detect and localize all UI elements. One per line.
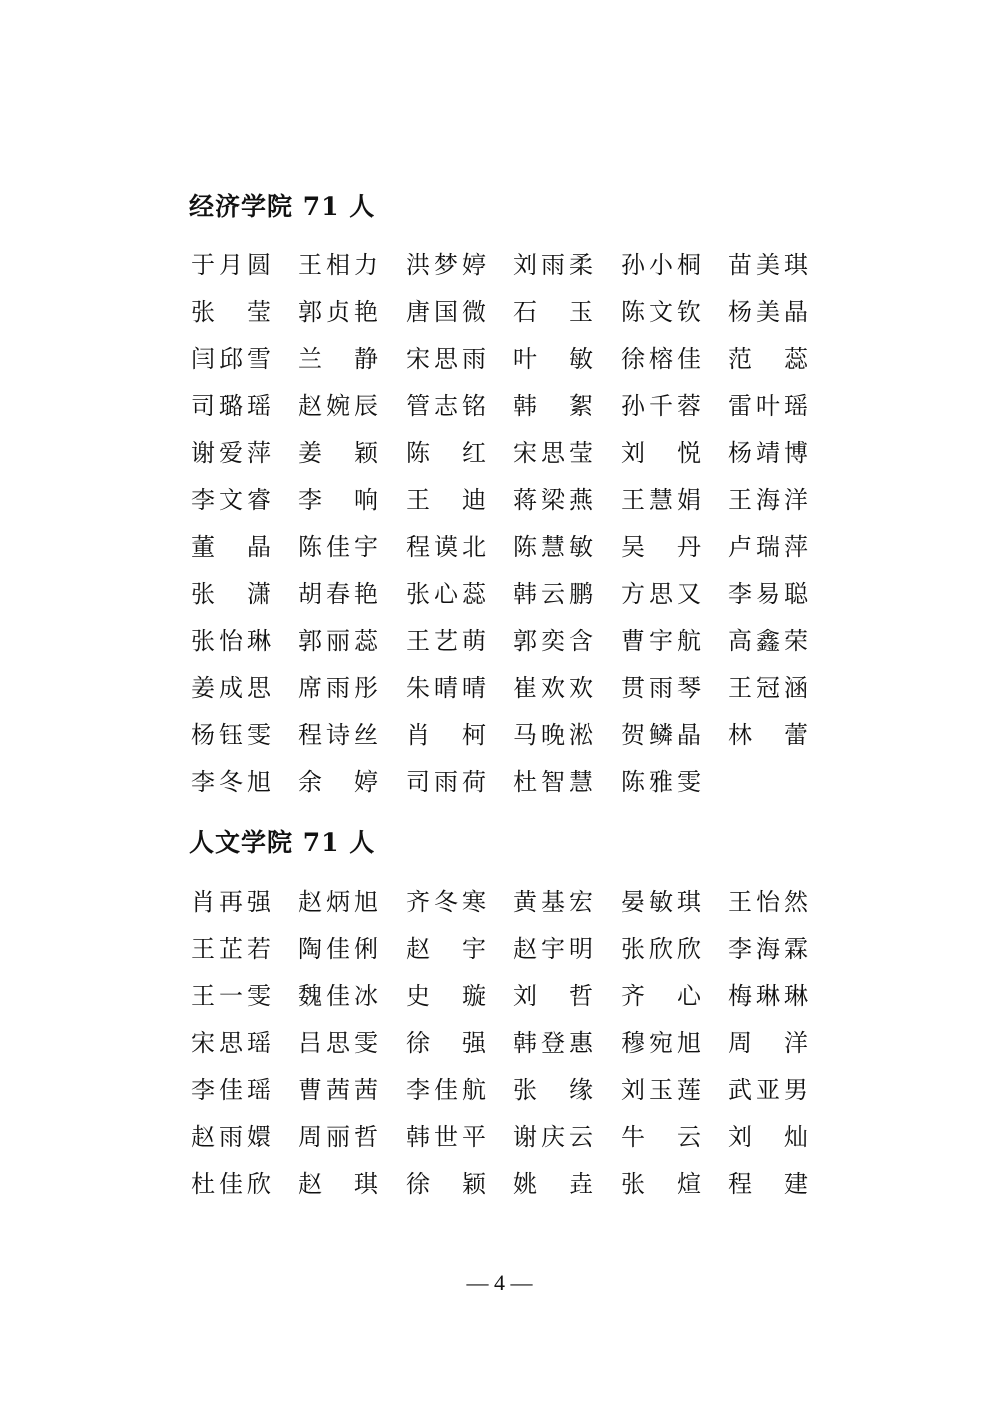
name-char: 宏: [567, 887, 595, 917]
name-list-humanities: 肖再强赵炳旭齐冬寒黄基宏晏敏琪王怡然王芷若陶佳俐赵宇赵宇明张欣欣李海霖王一雯魏佳…: [189, 887, 819, 1216]
name-char: 杨: [189, 720, 217, 750]
person-name: 黄基宏: [511, 887, 595, 917]
name-char: 周: [296, 1122, 324, 1152]
person-name: 李佳瑶: [189, 1075, 273, 1105]
document-page: 经济学院 71 人 于月圆王相力洪梦婷刘雨柔孙小桐苗美琪张莹郭贞艳唐国微石玉陈文…: [0, 0, 999, 1414]
person-name: 李冬旭: [189, 767, 273, 797]
name-char: 欣: [647, 934, 675, 964]
name-char: 哲: [352, 1122, 380, 1152]
name-char: 张: [404, 579, 432, 609]
name-row: 宋思瑶吕思雯徐强韩登惠穆宛旭周洋: [189, 1028, 819, 1075]
person-name: 姜成思: [189, 673, 273, 703]
name-char: 牛: [619, 1122, 647, 1152]
name-char: 刘: [511, 250, 539, 280]
name-row: 杜佳欣赵琪徐颖姚垚张煊程建: [189, 1169, 819, 1216]
name-char: 李: [189, 485, 217, 515]
name-char: 姜: [189, 673, 217, 703]
name-char: 高: [726, 626, 754, 656]
name-char: 奕: [539, 626, 567, 656]
name-char: 叶: [754, 391, 782, 421]
person-name: 刘悦: [619, 438, 703, 468]
name-char: 管: [404, 391, 432, 421]
person-name: 管志铭: [404, 391, 488, 421]
name-char: 敏: [567, 532, 595, 562]
person-name: 赵宇明: [511, 934, 595, 964]
name-char: 赵: [296, 391, 324, 421]
name-char: 陈: [619, 297, 647, 327]
name-char: 萍: [245, 438, 273, 468]
person-name: 杨靖博: [726, 438, 810, 468]
person-name: 陶佳俐: [296, 934, 380, 964]
name-char: 然: [782, 887, 810, 917]
name-char: 艳: [352, 579, 380, 609]
name-char: 胡: [296, 579, 324, 609]
name-char: 榕: [647, 344, 675, 374]
name-char: 方: [619, 579, 647, 609]
name-char: 杜: [511, 767, 539, 797]
name-char: 北: [460, 532, 488, 562]
name-row: 肖再强赵炳旭齐冬寒黄基宏晏敏琪王怡然: [189, 887, 819, 934]
person-name: 范蕊: [726, 344, 810, 374]
name-row: 闫邱雪兰静宋思雨叶敏徐榕佳范蕊: [189, 344, 819, 391]
name-char: 慧: [647, 485, 675, 515]
name-char: 又: [675, 579, 703, 609]
name-char: 欢: [567, 673, 595, 703]
name-char: 强: [460, 1028, 488, 1058]
name-char: 絮: [567, 391, 595, 421]
person-name: 李易聪: [726, 579, 810, 609]
name-char: 崔: [511, 673, 539, 703]
name-char: 茜: [352, 1075, 380, 1105]
name-char: 心: [432, 579, 460, 609]
name-char: 蒋: [511, 485, 539, 515]
name-char: 周: [726, 1028, 754, 1058]
name-char: 云: [675, 1122, 703, 1152]
name-char: 雪: [245, 344, 273, 374]
person-name: 张莹: [189, 297, 273, 327]
name-row: 于月圆王相力洪梦婷刘雨柔孙小桐苗美琪: [189, 250, 819, 297]
person-name: 洪梦婷: [404, 250, 488, 280]
name-char: 慧: [567, 767, 595, 797]
name-char: 莹: [567, 438, 595, 468]
name-char: 晶: [782, 297, 810, 327]
name-char: 航: [675, 626, 703, 656]
name-char: 红: [460, 438, 488, 468]
name-char: 雯: [245, 981, 273, 1011]
name-char: 齐: [404, 887, 432, 917]
person-name: 梅琳琳: [726, 981, 810, 1011]
person-name: 陈文钦: [619, 297, 703, 327]
person-name: 李佳航: [404, 1075, 488, 1105]
name-char: 思: [539, 438, 567, 468]
name-char: 石: [511, 297, 539, 327]
person-name: 韩云鹏: [511, 579, 595, 609]
name-char: 梁: [539, 485, 567, 515]
name-char: 张: [189, 297, 217, 327]
name-char: 欢: [539, 673, 567, 703]
name-char: 苗: [726, 250, 754, 280]
name-char: 力: [352, 250, 380, 280]
name-char: 于: [189, 250, 217, 280]
person-name: 石玉: [511, 297, 595, 327]
name-row: 赵雨嬛周丽哲韩世平谢庆云牛云刘灿: [189, 1122, 819, 1169]
person-name: 曹茜茜: [296, 1075, 380, 1105]
name-char: 平: [460, 1122, 488, 1152]
name-char: 俐: [352, 934, 380, 964]
name-char: 唐: [404, 297, 432, 327]
name-char: 思: [217, 1028, 245, 1058]
person-name: 吕思雯: [296, 1028, 380, 1058]
name-char: 杨: [726, 297, 754, 327]
name-char: 武: [726, 1075, 754, 1105]
name-char: 宋: [404, 344, 432, 374]
name-char: 司: [404, 767, 432, 797]
name-char: 赵: [404, 934, 432, 964]
name-char: 孙: [619, 250, 647, 280]
name-char: 冠: [754, 673, 782, 703]
name-char: 闫: [189, 344, 217, 374]
name-char: 徐: [404, 1169, 432, 1199]
person-name: 陈红: [404, 438, 488, 468]
person-name: 张缘: [511, 1075, 595, 1105]
person-name: 宋思瑶: [189, 1028, 273, 1058]
person-name: 肖柯: [404, 720, 488, 750]
person-name: 张潇: [189, 579, 273, 609]
name-char: 王: [404, 485, 432, 515]
person-name: 兰静: [296, 344, 380, 374]
name-char: 雨: [647, 673, 675, 703]
name-char: 宋: [511, 438, 539, 468]
person-name: 肖再强: [189, 887, 273, 917]
name-char: 柯: [460, 720, 488, 750]
person-name: 王芷若: [189, 934, 273, 964]
section-title-economics: 经济学院 71 人: [189, 192, 375, 222]
name-char: 洋: [782, 1028, 810, 1058]
name-char: 云: [567, 1122, 595, 1152]
person-name: 高鑫荣: [726, 626, 810, 656]
name-char: 黄: [511, 887, 539, 917]
name-char: 晶: [245, 532, 273, 562]
name-char: 赵: [296, 1169, 324, 1199]
person-name: 赵婉辰: [296, 391, 380, 421]
name-char: 丝: [352, 720, 380, 750]
person-name: 刘哲: [511, 981, 595, 1011]
name-char: 卢: [726, 532, 754, 562]
person-name: 张怡琳: [189, 626, 273, 656]
name-char: 张: [189, 626, 217, 656]
name-row: 张莹郭贞艳唐国微石玉陈文钦杨美晶: [189, 297, 819, 344]
name-char: 旭: [245, 767, 273, 797]
name-char: 静: [352, 344, 380, 374]
person-name: 司璐瑶: [189, 391, 273, 421]
name-char: 宇: [460, 934, 488, 964]
name-char: 雷: [726, 391, 754, 421]
person-name: 陈慧敏: [511, 532, 595, 562]
name-char: 兰: [296, 344, 324, 374]
name-char: 刘: [726, 1122, 754, 1152]
person-name: 王怡然: [726, 887, 810, 917]
person-name: 余婷: [296, 767, 380, 797]
name-char: 嬛: [245, 1122, 273, 1152]
name-char: 鳞: [647, 720, 675, 750]
name-char: 王: [296, 250, 324, 280]
name-char: 怡: [754, 887, 782, 917]
name-char: 王: [619, 485, 647, 515]
person-name: 王慧娟: [619, 485, 703, 515]
name-char: 旭: [352, 887, 380, 917]
name-char: 雯: [352, 1028, 380, 1058]
name-char: 雯: [675, 767, 703, 797]
name-char: 思: [647, 579, 675, 609]
name-char: 强: [245, 887, 273, 917]
name-char: 佳: [324, 981, 352, 1011]
name-char: 冬: [217, 767, 245, 797]
name-char: 晚: [539, 720, 567, 750]
name-char: 诗: [324, 720, 352, 750]
name-char: 雅: [647, 767, 675, 797]
name-char: 潇: [245, 579, 273, 609]
person-name: 杜佳欣: [189, 1169, 273, 1199]
name-char: 梅: [726, 981, 754, 1011]
person-name: 孙千蓉: [619, 391, 703, 421]
name-char: 艳: [352, 297, 380, 327]
name-char: 艺: [432, 626, 460, 656]
person-name: 谢爱萍: [189, 438, 273, 468]
name-char: 茜: [324, 1075, 352, 1105]
person-name: 崔欢欢: [511, 673, 595, 703]
name-char: 佳: [432, 1075, 460, 1105]
name-char: 霖: [782, 934, 810, 964]
name-char: 刘: [511, 981, 539, 1011]
name-char: 亚: [754, 1075, 782, 1105]
person-name: 李响: [296, 485, 380, 515]
name-char: 登: [539, 1028, 567, 1058]
person-name: 郭丽蕊: [296, 626, 380, 656]
name-char: 丽: [324, 1122, 352, 1152]
name-char: 荷: [460, 767, 488, 797]
name-char: 琳: [245, 626, 273, 656]
name-char: 曹: [619, 626, 647, 656]
name-char: 月: [217, 250, 245, 280]
name-char: 琪: [782, 250, 810, 280]
name-char: 若: [245, 934, 273, 964]
name-char: 玉: [567, 297, 595, 327]
name-row: 王一雯魏佳冰史璇刘哲齐心梅琳琳: [189, 981, 819, 1028]
name-char: 响: [352, 485, 380, 515]
person-name: 韩絮: [511, 391, 595, 421]
person-name: 杜智慧: [511, 767, 595, 797]
person-name: 曹宇航: [619, 626, 703, 656]
name-char: 含: [567, 626, 595, 656]
person-name: 武亚男: [726, 1075, 810, 1105]
person-name: 杨钰雯: [189, 720, 273, 750]
name-char: 曹: [296, 1075, 324, 1105]
name-char: 姚: [511, 1169, 539, 1199]
name-char: 哲: [567, 981, 595, 1011]
name-char: 李: [189, 1075, 217, 1105]
name-char: 涵: [782, 673, 810, 703]
name-char: 佳: [324, 532, 352, 562]
name-char: 博: [782, 438, 810, 468]
person-name: 朱晴晴: [404, 673, 488, 703]
person-name: 于月圆: [189, 250, 273, 280]
name-char: 蓉: [675, 391, 703, 421]
name-char: 睿: [245, 485, 273, 515]
name-char: 铭: [460, 391, 488, 421]
name-char: 海: [754, 485, 782, 515]
name-char: 丽: [324, 626, 352, 656]
name-char: 王: [189, 981, 217, 1011]
name-row: 司璐瑶赵婉辰管志铭韩絮孙千蓉雷叶瑶: [189, 391, 819, 438]
person-name: 陈雅雯: [619, 767, 703, 797]
name-char: 晏: [619, 887, 647, 917]
name-char: 朱: [404, 673, 432, 703]
person-name: 宋思莹: [511, 438, 595, 468]
name-char: 韩: [511, 391, 539, 421]
name-char: 柔: [567, 250, 595, 280]
person-name: 赵宇: [404, 934, 488, 964]
name-char: 李: [296, 485, 324, 515]
name-char: 肖: [189, 887, 217, 917]
name-char: 徐: [404, 1028, 432, 1058]
person-name: 赵雨嬛: [189, 1122, 273, 1152]
person-name: 王海洋: [726, 485, 810, 515]
name-char: 辰: [352, 391, 380, 421]
name-char: 史: [404, 981, 432, 1011]
name-char: 相: [324, 250, 352, 280]
name-char: 雨: [432, 767, 460, 797]
person-name: 周丽哲: [296, 1122, 380, 1152]
name-char: 璐: [217, 391, 245, 421]
name-char: 蕊: [782, 344, 810, 374]
page-number: — 4 —: [0, 1270, 999, 1296]
name-char: 春: [324, 579, 352, 609]
person-name: 姜颖: [296, 438, 380, 468]
name-char: 欣: [675, 934, 703, 964]
person-name: 蒋梁燕: [511, 485, 595, 515]
name-char: 航: [460, 1075, 488, 1105]
person-name: 贯雨琴: [619, 673, 703, 703]
person-name: 刘雨柔: [511, 250, 595, 280]
person-name: 程谟北: [404, 532, 488, 562]
name-char: 小: [647, 250, 675, 280]
name-char: 邱: [217, 344, 245, 374]
person-name: 席雨彤: [296, 673, 380, 703]
person-name: 张心蕊: [404, 579, 488, 609]
name-char: 孙: [619, 391, 647, 421]
name-char: 魏: [296, 981, 324, 1011]
name-char: 郭: [511, 626, 539, 656]
name-char: 佳: [217, 1169, 245, 1199]
name-char: 灿: [782, 1122, 810, 1152]
name-char: 千: [647, 391, 675, 421]
name-char: 王: [726, 485, 754, 515]
name-char: 晴: [432, 673, 460, 703]
person-name: 王迪: [404, 485, 488, 515]
name-char: 娟: [675, 485, 703, 515]
person-name: 李海霖: [726, 934, 810, 964]
name-char: 缘: [567, 1075, 595, 1105]
name-char: 吕: [296, 1028, 324, 1058]
name-char: 程: [404, 532, 432, 562]
name-char: 智: [539, 767, 567, 797]
name-char: 冬: [432, 887, 460, 917]
name-char: 瑶: [782, 391, 810, 421]
name-char: 云: [539, 579, 567, 609]
person-name: 郭贞艳: [296, 297, 380, 327]
person-name: 王相力: [296, 250, 380, 280]
name-char: 炳: [324, 887, 352, 917]
name-row: 杨钰雯程诗丝肖柯马晚淞贺鳞晶林蕾: [189, 720, 819, 767]
person-name: 闫邱雪: [189, 344, 273, 374]
person-name: 齐心: [619, 981, 703, 1011]
name-char: 淞: [567, 720, 595, 750]
name-char: 李: [726, 934, 754, 964]
name-char: 瑶: [245, 1028, 273, 1058]
person-name: 姚垚: [511, 1169, 595, 1199]
name-char: 李: [726, 579, 754, 609]
person-name: 史璇: [404, 981, 488, 1011]
name-char: 心: [675, 981, 703, 1011]
name-char: 马: [511, 720, 539, 750]
name-char: 程: [296, 720, 324, 750]
name-char: 瑶: [245, 391, 273, 421]
person-name: 刘灿: [726, 1122, 810, 1152]
name-row: 王芷若陶佳俐赵宇赵宇明张欣欣李海霖: [189, 934, 819, 981]
person-name: 司雨荷: [404, 767, 488, 797]
name-char: 范: [726, 344, 754, 374]
person-name: 雷叶瑶: [726, 391, 810, 421]
name-char: 穆: [619, 1028, 647, 1058]
person-name: 孙小桐: [619, 250, 703, 280]
name-char: 谢: [511, 1122, 539, 1152]
name-char: 美: [754, 297, 782, 327]
person-name: 韩世平: [404, 1122, 488, 1152]
name-char: 燕: [567, 485, 595, 515]
name-char: 圆: [245, 250, 273, 280]
name-char: 晴: [460, 673, 488, 703]
name-char: 徐: [619, 344, 647, 374]
name-char: 思: [245, 673, 273, 703]
name-char: 贞: [324, 297, 352, 327]
person-name: 张欣欣: [619, 934, 703, 964]
name-char: 萍: [782, 532, 810, 562]
name-char: 雨: [539, 250, 567, 280]
name-char: 琳: [782, 981, 810, 1011]
name-char: 董: [189, 532, 217, 562]
name-char: 惠: [567, 1028, 595, 1058]
name-char: 煊: [675, 1169, 703, 1199]
name-char: 聪: [782, 579, 810, 609]
name-char: 陈: [296, 532, 324, 562]
name-char: 颖: [460, 1169, 488, 1199]
name-list-economics: 于月圆王相力洪梦婷刘雨柔孙小桐苗美琪张莹郭贞艳唐国微石玉陈文钦杨美晶闫邱雪兰静宋…: [189, 250, 819, 814]
person-name: 贺鳞晶: [619, 720, 703, 750]
person-name: 卢瑞萍: [726, 532, 810, 562]
name-char: 宇: [539, 934, 567, 964]
name-char: 蕊: [460, 579, 488, 609]
person-name: 董晶: [189, 532, 273, 562]
name-char: 垚: [567, 1169, 595, 1199]
name-char: 陈: [511, 532, 539, 562]
name-char: 鑫: [754, 626, 782, 656]
person-name: 赵琪: [296, 1169, 380, 1199]
name-row: 张怡琳郭丽蕊王艺萌郭奕含曹宇航高鑫荣: [189, 626, 819, 673]
name-char: 萌: [460, 626, 488, 656]
name-char: 杨: [726, 438, 754, 468]
name-char: 志: [432, 391, 460, 421]
name-char: 敏: [567, 344, 595, 374]
